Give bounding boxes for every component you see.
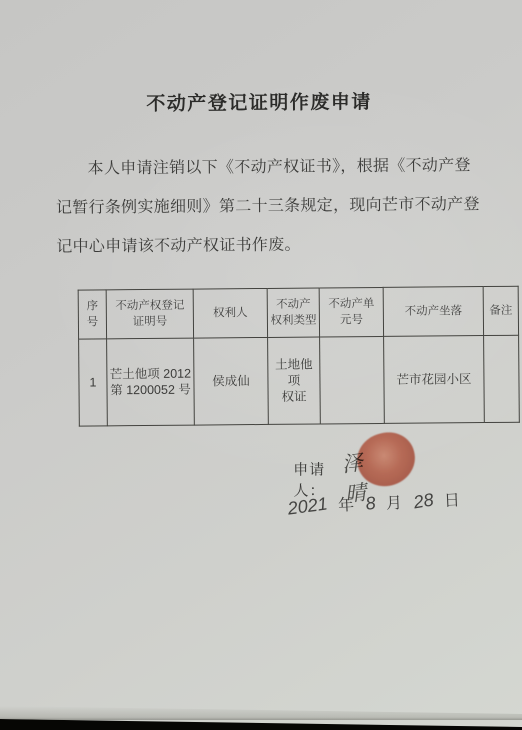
cell-remarks (484, 335, 520, 422)
header-rights-type: 不动产 权利类型 (267, 288, 319, 337)
certificate-table: 序 号 不动产权登记 证明号 权利人 不动产 权利类型 不动产单 元号 不动产坐… (78, 286, 520, 427)
cell-serial-number: 1 (79, 339, 108, 426)
body-line-3: 记中心申请该不动产权证书作废。 (56, 224, 468, 267)
header-rights-holder: 权利人 (193, 288, 267, 338)
date-day: 28 (412, 489, 435, 513)
body-paragraph: 本人申请注销以下《不动产权证书》，根据《不动产登 记暂行条例实施细则》第二十三条… (55, 146, 468, 267)
cell-property-location: 芒市花园小区 (384, 336, 485, 424)
cell-unit-number (320, 336, 385, 424)
body-line-2: 记暂行条例实施细则》第二十三条规定，现向芒市不动产登 (56, 185, 468, 228)
document-title: 不动产登记证明作废申请 (0, 86, 520, 118)
cell-certificate-number: 芒土他项 2012 第 1200052 号 (107, 338, 195, 426)
header-serial-number: 序 号 (78, 290, 106, 339)
cell-rights-holder: 侯成仙 (194, 337, 269, 425)
header-unit-number: 不动产单 元号 (319, 287, 383, 337)
date-month-label: 月 (385, 490, 403, 514)
header-certificate-number: 不动产权登记 证明号 (106, 289, 193, 339)
date-day-label: 日 (443, 487, 461, 511)
date-month: 8 (364, 493, 377, 515)
date-year: 2021 (286, 493, 328, 519)
header-property-location: 不动产坐落 (383, 287, 483, 337)
table-header-row: 序 号 不动产权登记 证明号 权利人 不动产 权利类型 不动产单 元号 不动产坐… (78, 286, 518, 339)
document-photo: 不动产登记证明作废申请 本人申请注销以下《不动产权证书》，根据《不动产登 记暂行… (0, 0, 522, 730)
table-row: 1 芒土他项 2012 第 1200052 号 侯成仙 土地他项 权证 芒市花园… (79, 335, 520, 426)
document-content: 不动产登记证明作废申请 本人申请注销以下《不动产权证书》，根据《不动产登 记暂行… (0, 0, 522, 730)
header-remarks: 备注 (483, 286, 518, 335)
body-line-1: 本人申请注销以下《不动产权证书》，根据《不动产登 (55, 146, 467, 189)
cell-rights-type: 土地他项 权证 (268, 337, 321, 424)
date-year-label: 年 (338, 492, 356, 516)
